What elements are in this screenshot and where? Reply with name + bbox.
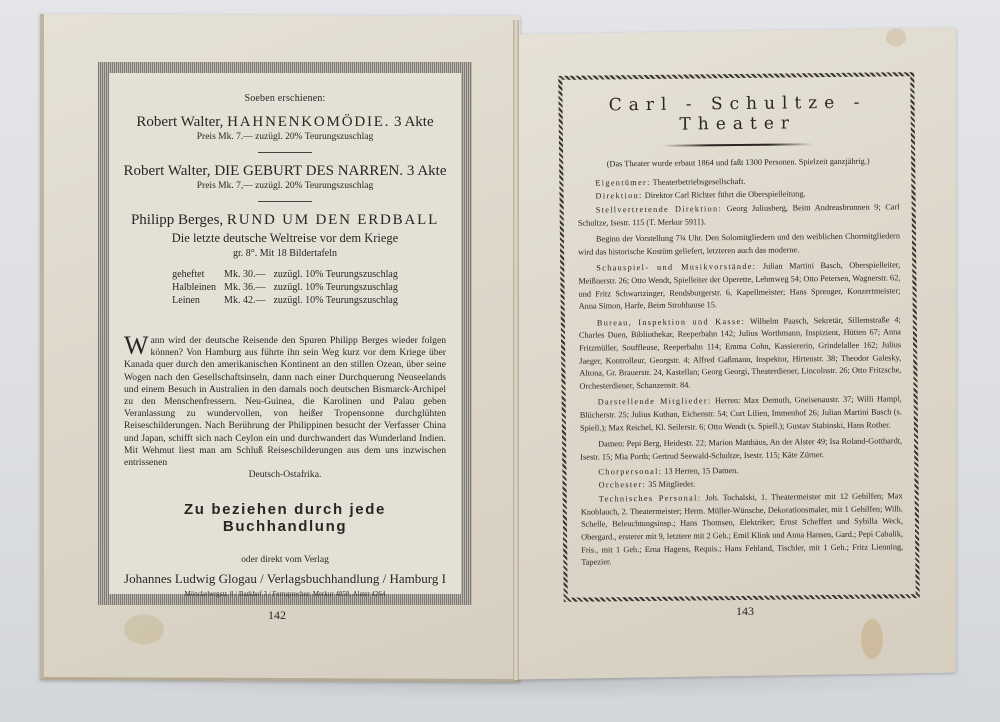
feature-description: Wann wird der deutsche Reisende den Spur…	[123, 335, 447, 481]
book-price-1: Preis Mk. 7.— zuzügl. 20% Teurungszuschl…	[123, 132, 447, 142]
book-title-1: Robert Walter, HAHNENKOMÖDIE. 3 Akte	[123, 114, 447, 131]
entry-deputy-direction: Stellvertretende Direktion: Georg Julius…	[578, 201, 900, 230]
drop-cap: W	[124, 335, 149, 357]
entry-chorus: Chorpersonal: 13 Herren, 15 Damen.	[580, 465, 902, 477]
entry-performers-men: Darstellende Mitglieder: Herren: Max Dem…	[580, 394, 902, 435]
paper-stain	[886, 28, 906, 46]
entry-stage-music-directors: Schauspiel- und Musikvorstände: Julian M…	[578, 260, 901, 314]
publisher-address: Mönckebergstr. 8 / Barkhof 3 / Fernsprec…	[123, 590, 447, 598]
divider	[258, 152, 312, 153]
theater-frame: Carl - Schultze - Theater (Das Theater w…	[558, 72, 919, 602]
page-number-right: 143	[736, 604, 754, 619]
book-title-2: Robert Walter, DIE GEBURT DES NARREN. 3 …	[123, 163, 447, 180]
price-table: geheftet Mk. 30.— zuzügl. 10% Teurungszu…	[168, 268, 402, 307]
ad-direct: oder direkt vom Verlag	[123, 555, 447, 565]
paper-stain	[861, 619, 883, 659]
entry-owner: Eigentümer: Theaterbetriebsgesellschaft.	[577, 175, 899, 187]
entry-performance-start: Beginn der Vorstellung 7¾ Uhr. Den Solom…	[578, 230, 900, 259]
advertisement-frame: Soeben erschienen: Robert Walter, HAHNEN…	[98, 62, 472, 605]
entry-office: Bureau, Inspektion und Kasse: Wilhelm Pa…	[579, 314, 902, 393]
paper-stain	[124, 614, 164, 644]
entry-orchestra: Orchester: 35 Mitglieder.	[580, 478, 902, 490]
ad-call-to-action: Zu beziehen durch jede Buchhandlung	[123, 501, 447, 535]
entry-performers-women: Damen: Pepi Berg, Heidestr. 22; Marion M…	[580, 435, 902, 464]
feature-subtitle: Die letzte deutsche Weltreise vor dem Kr…	[123, 231, 447, 246]
price-row: geheftet Mk. 30.— zuzügl. 10% Teurungszu…	[168, 268, 402, 281]
price-row: Leinen Mk. 42.— zuzügl. 10% Teurungszusc…	[168, 294, 402, 307]
title-rule	[663, 143, 813, 147]
theater-title: Carl - Schultze - Theater	[576, 92, 898, 135]
feature-book-title: Philipp Berges, RUND UM DEN ERDBALL	[123, 212, 447, 229]
book-price-2: Preis Mk. 7,— zuzügl. 20% Teurungszuschl…	[123, 181, 447, 191]
feature-format: gr. 8°. Mit 18 Bildertafeln	[123, 248, 447, 259]
divider	[258, 201, 312, 202]
publisher-name: Johannes Ludwig Glogau / Verlagsbuchhand…	[123, 571, 447, 587]
ad-intro: Soeben erschienen:	[123, 93, 447, 104]
entry-technical-staff: Technisches Personal: Joh. Tochalski, 1.…	[581, 491, 904, 570]
entry-direction: Direktion: Direktor Carl Richter führt d…	[577, 188, 899, 200]
page-number-left: 142	[268, 608, 286, 623]
price-row: Halbleinen Mk. 36.— zuzügl. 10% Teurungs…	[168, 281, 402, 294]
advertisement: Soeben erschienen: Robert Walter, HAHNEN…	[109, 73, 461, 594]
book-spine	[513, 20, 519, 680]
